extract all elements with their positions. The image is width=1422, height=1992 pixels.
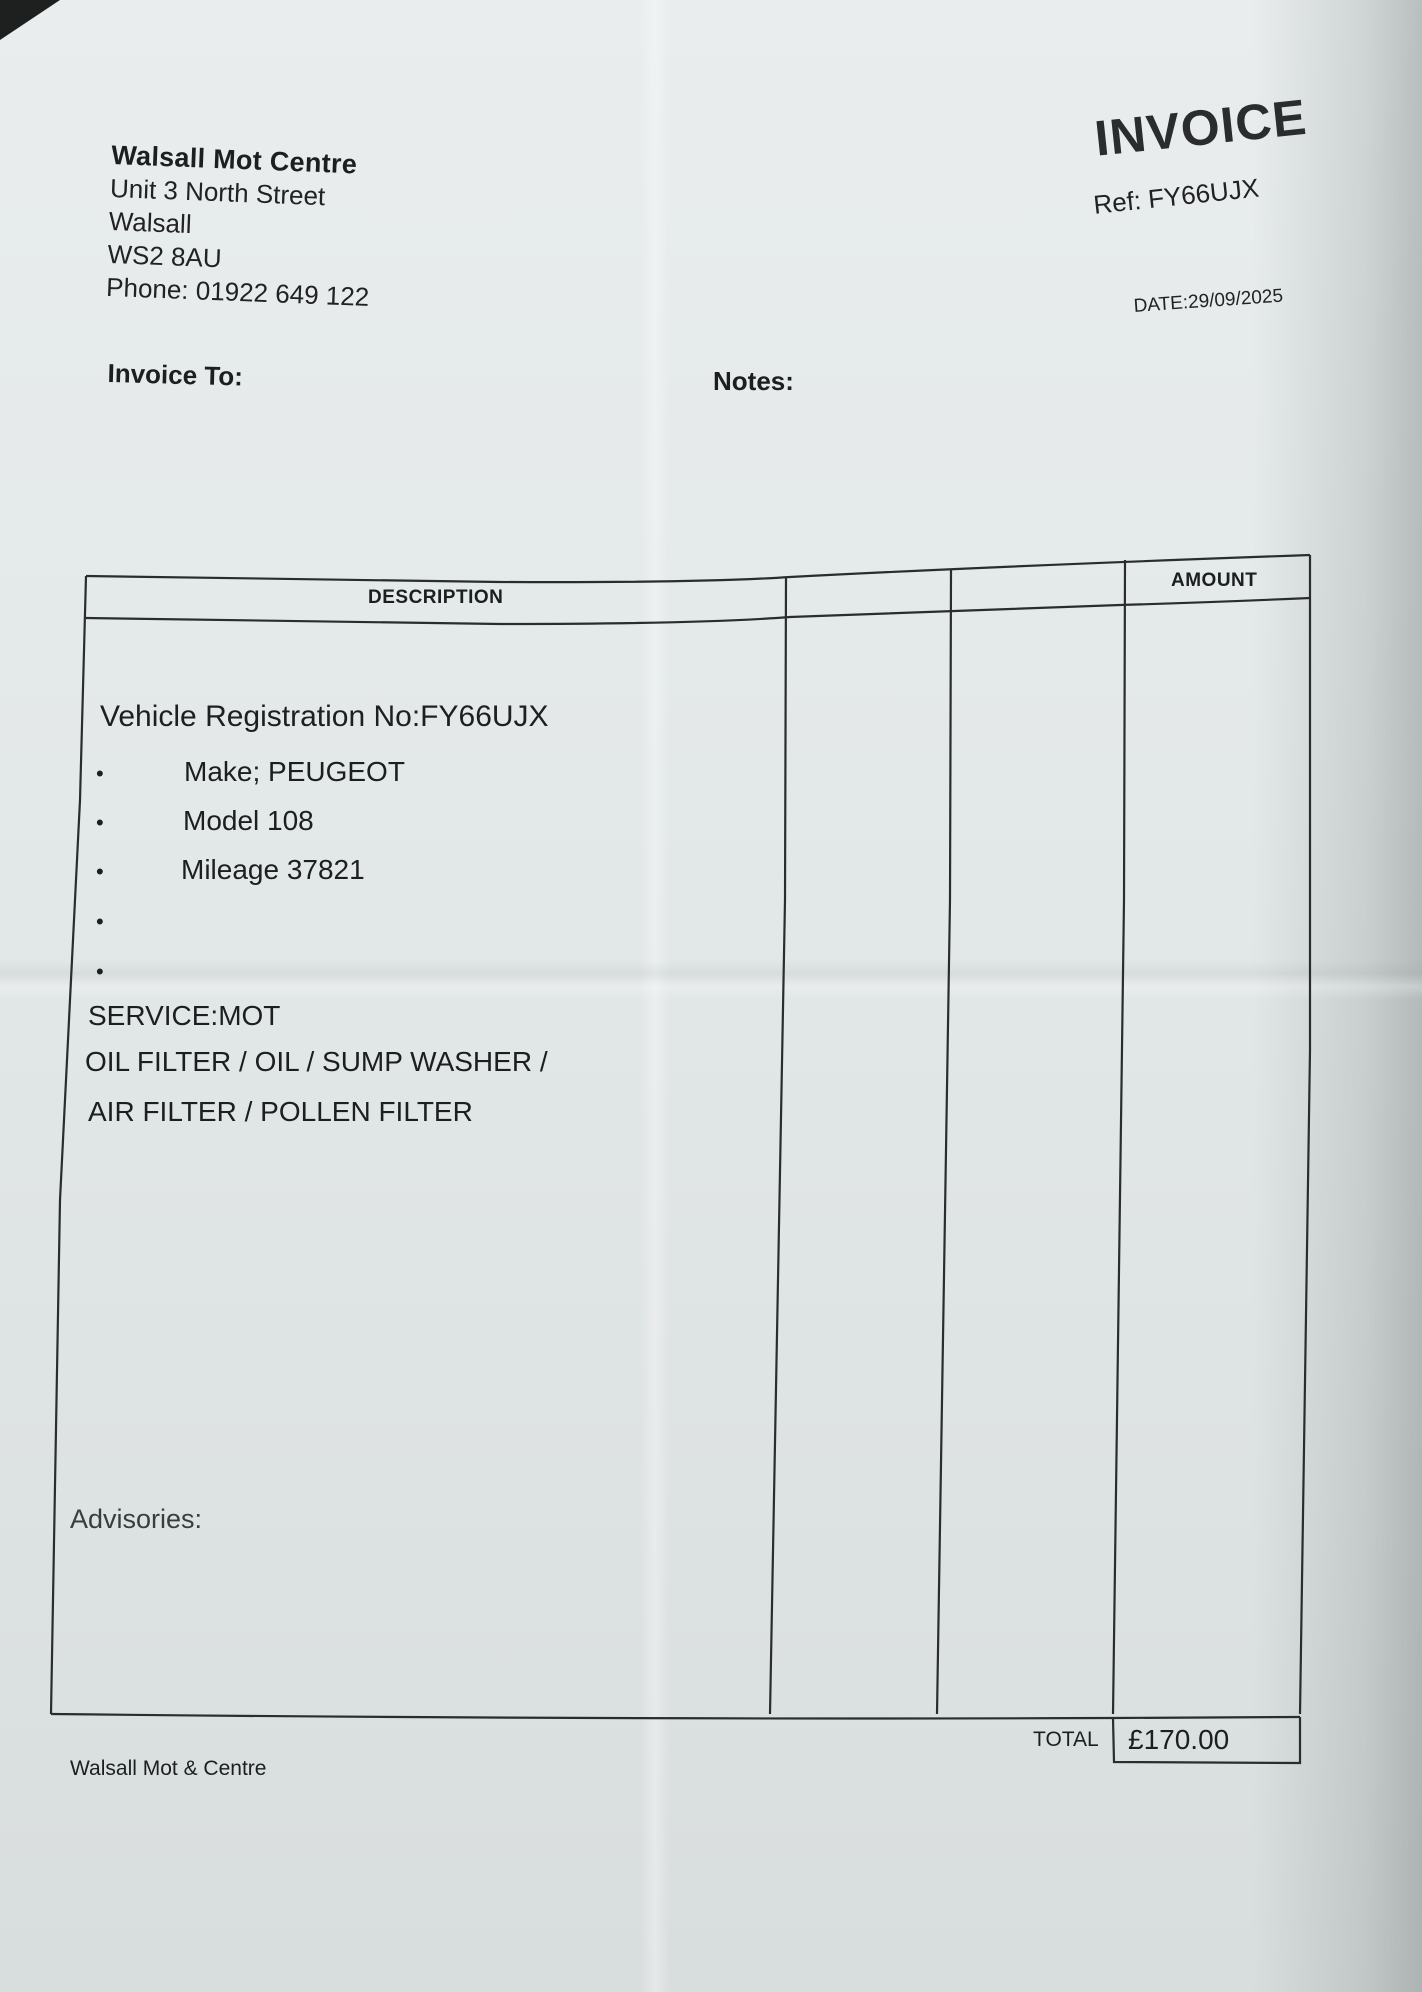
advisories-label: Advisories: (70, 1504, 202, 1535)
vehicle-mileage: Mileage 37821 (181, 854, 365, 886)
notes-label: Notes: (713, 366, 794, 397)
work-line-1: OIL FILTER / OIL / SUMP WASHER / (85, 1046, 548, 1078)
bullet-icon: • (96, 859, 104, 885)
bullet-icon: • (96, 810, 104, 836)
bullet-icon: • (96, 761, 104, 787)
total-label: TOTAL (1033, 1728, 1099, 1752)
service-type: SERVICE:MOT (88, 1000, 280, 1032)
vehicle-model: Model 108 (183, 805, 314, 837)
total-value: £170.00 (1128, 1724, 1229, 1756)
column-header-description: DESCRIPTION (368, 587, 503, 609)
invoice-to-label: Invoice To: (107, 358, 243, 393)
bullet-icon: • (96, 909, 104, 935)
company-details: Walsall Mot Centre Unit 3 North Street W… (106, 138, 375, 314)
vehicle-registration: Vehicle Registration No:FY66UJX (100, 700, 549, 734)
vehicle-make: Make; PEUGEOT (184, 756, 405, 788)
work-line-2: AIR FILTER / POLLEN FILTER (88, 1096, 473, 1128)
bullet-icon: • (96, 959, 104, 985)
column-header-amount: AMOUNT (1171, 570, 1257, 592)
footer-company-name: Walsall Mot & Centre (70, 1757, 266, 1781)
